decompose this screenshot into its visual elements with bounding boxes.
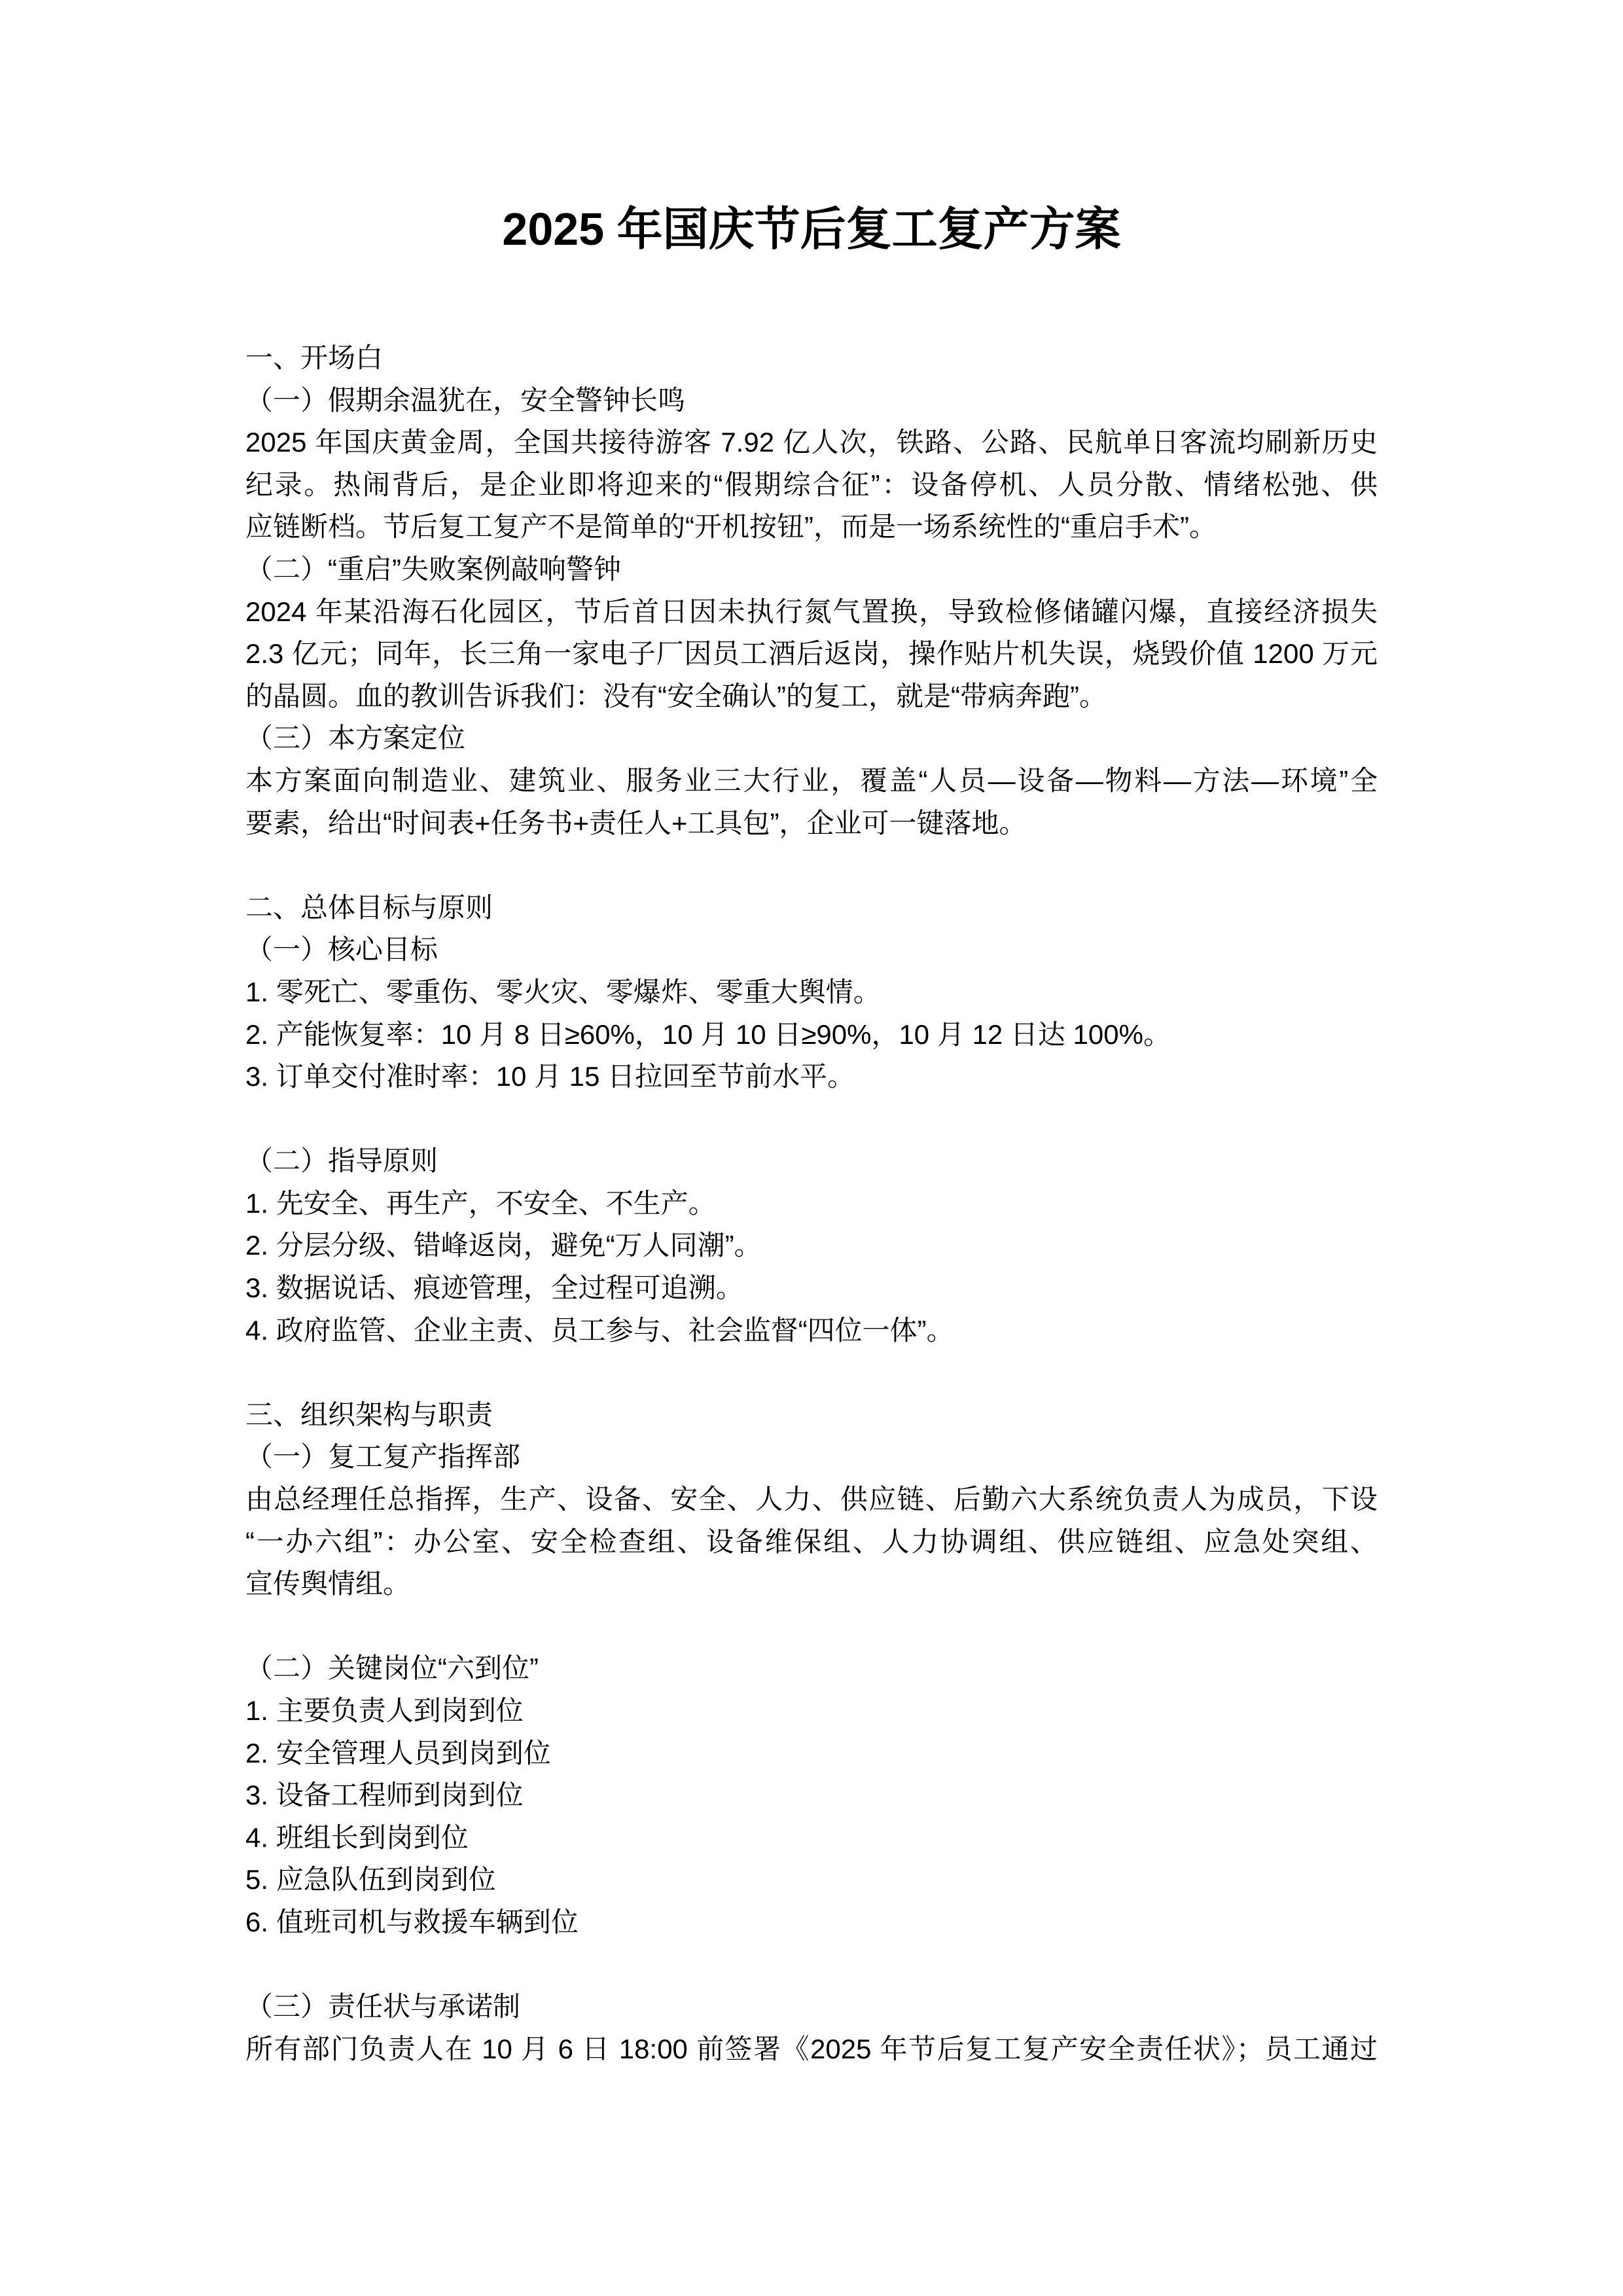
text-line: 4. 班组长到岗到位 [245,1817,1378,1859]
text-line: 宣传舆情组。 [245,1563,1378,1605]
blank-line [245,1605,1378,1648]
text-line: （一）假期余温犹在，安全警钟长鸣 [245,380,1378,422]
text-line: （三）责任状与承诺制 [245,1986,1378,2028]
text-line: 2. 产能恢复率：10 月 8 日≥60%，10 月 10 日≥90%，10 月… [245,1014,1378,1056]
text-line: 3. 订单交付准时率：10 月 15 日拉回至节前水平。 [245,1056,1378,1098]
text-line: （二）关键岗位“六到位” [245,1647,1378,1690]
text-line: 由总经理任总指挥，生产、设备、安全、人力、供应链、后勤六大系统负责人为成员，下设 [245,1479,1378,1521]
text-line: 三、组织架构与职责 [245,1394,1378,1437]
blank-line [245,844,1378,887]
text-line: 3. 数据说话、痕迹管理，全过程可追溯。 [245,1267,1378,1310]
document-title: 2025 年国庆节后复工复产方案 [245,196,1378,262]
text-line: 1. 零死亡、零重伤、零火灾、零爆炸、零重大舆情。 [245,971,1378,1014]
text-line: 6. 值班司机与救援车辆到位 [245,1901,1378,1944]
text-line: 二、总体目标与原则 [245,887,1378,929]
text-line: 的晶圆。血的教训告诉我们：没有“安全确认”的复工，就是“带病奔跑”。 [245,675,1378,718]
text-line: 2. 分层分级、错峰返岗，避免“万人同潮”。 [245,1225,1378,1267]
text-line: “一办六组”：办公室、安全检查组、设备维保组、人力协调组、供应链组、应急处突组、 [245,1521,1378,1564]
text-line: 所有部门负责人在 10 月 6 日 18:00 前签署《2025 年节后复工复产… [245,2028,1378,2071]
text-line: （一）核心目标 [245,929,1378,971]
text-line: 纪录。热闹背后，是企业即将迎来的“假期综合征”：设备停机、人员分散、情绪松弛、供 [245,464,1378,507]
text-line: （一）复工复产指挥部 [245,1436,1378,1479]
document-page: 2025 年国庆节后复工复产方案 一、开场白（一）假期余温犹在，安全警钟长鸣20… [0,0,1623,2296]
text-line: 1. 先安全、再生产，不安全、不生产。 [245,1183,1378,1225]
text-line: 一、开场白 [245,337,1378,380]
text-line: 2.3 亿元；同年，长三角一家电子厂因员工酒后返岗，操作贴片机失误，烧毁价值 1… [245,633,1378,675]
text-line: 2024 年某沿海石化园区，节后首日因未执行氮气置换，导致检修储罐闪爆，直接经济… [245,591,1378,634]
text-line: 2. 安全管理人员到岗到位 [245,1732,1378,1775]
text-line: （二）“重启”失败案例敲响警钟 [245,548,1378,591]
text-line: 应链断档。节后复工复产不是简单的“开机按钮”，而是一场系统性的“重启手术”。 [245,506,1378,548]
blank-line [245,1098,1378,1141]
text-line: 5. 应急队伍到岗到位 [245,1859,1378,1901]
text-line: 2025 年国庆黄金周，全国共接待游客 7.92 亿人次，铁路、公路、民航单日客… [245,422,1378,464]
text-line: 1. 主要负责人到岗到位 [245,1690,1378,1732]
blank-line [245,1944,1378,1986]
text-line: 要素，给出“时间表+任务书+责任人+工具包”，企业可一键落地。 [245,802,1378,845]
document-body: 一、开场白（一）假期余温犹在，安全警钟长鸣2025 年国庆黄金周，全国共接待游客… [245,337,1378,2070]
blank-line [245,1352,1378,1394]
text-line: （三）本方案定位 [245,717,1378,760]
text-line: 4. 政府监管、企业主责、员工参与、社会监督“四位一体”。 [245,1310,1378,1352]
text-line: 本方案面向制造业、建筑业、服务业三大行业，覆盖“人员—设备—物料—方法—环境”全 [245,760,1378,802]
text-line: 3. 设备工程师到岗到位 [245,1774,1378,1817]
text-line: （二）指导原则 [245,1140,1378,1183]
